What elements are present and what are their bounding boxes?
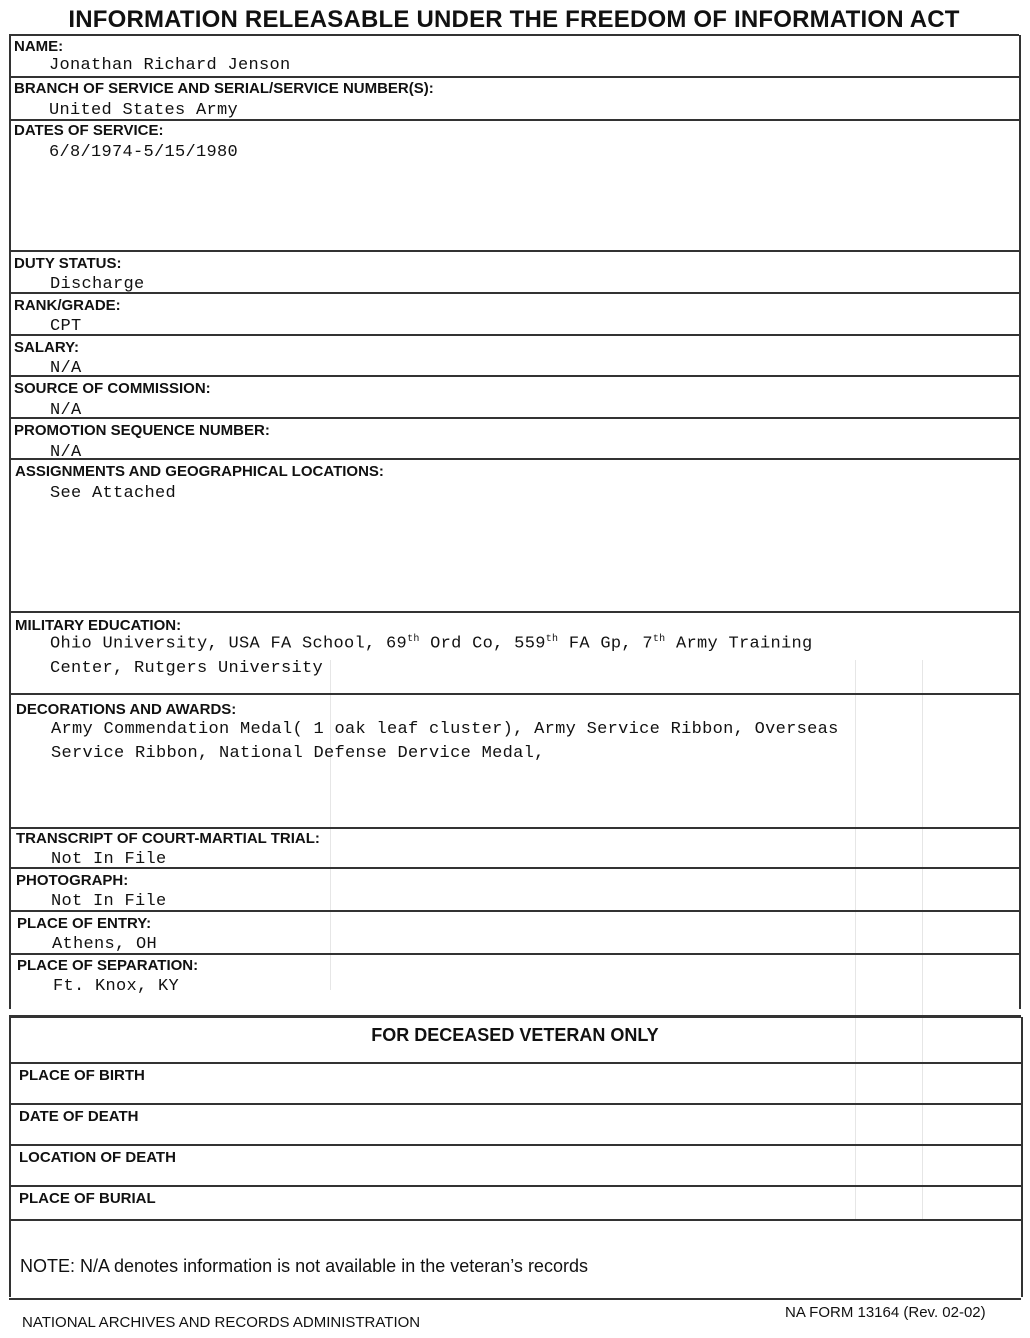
- assignments-label: ASSIGNMENTS AND GEOGRAPHICAL LOCATIONS:: [15, 463, 384, 480]
- divider: [9, 1144, 1021, 1146]
- divider: [9, 910, 1019, 912]
- place-of-entry-label: PLACE OF ENTRY:: [17, 915, 151, 932]
- divider: [9, 458, 1019, 460]
- place-of-birth-label: PLACE OF BIRTH: [19, 1067, 145, 1084]
- divider: [9, 417, 1019, 419]
- promotion-label: PROMOTION SEQUENCE NUMBER:: [14, 422, 270, 439]
- name-value: Jonathan Richard Jenson: [49, 56, 291, 75]
- divider: [9, 119, 1019, 121]
- education-value-line2: Center, Rutgers University: [50, 659, 323, 678]
- rank-label: RANK/GRADE:: [14, 297, 121, 314]
- branch-value: United States Army: [49, 101, 238, 120]
- divider: [9, 1298, 1021, 1300]
- divider: [9, 1185, 1021, 1187]
- divider: [9, 375, 1019, 377]
- assignments-value: See Attached: [50, 484, 176, 503]
- decorations-value-line2: Service Ribbon, National Defense Dervice…: [51, 744, 545, 763]
- na-note: NOTE: N/A denotes information is not ava…: [20, 1256, 588, 1277]
- scan-artifact: [330, 660, 331, 990]
- divider: [9, 1062, 1021, 1064]
- divider: [9, 693, 1019, 695]
- divider: [9, 867, 1019, 869]
- foia-release-form: INFORMATION RELEASABLE UNDER THE FREEDOM…: [0, 0, 1030, 1338]
- salary-label: SALARY:: [14, 339, 79, 356]
- name-label: NAME:: [14, 38, 63, 55]
- duty-status-label: DUTY STATUS:: [14, 255, 122, 272]
- court-martial-label: TRANSCRIPT OF COURT-MARTIAL TRIAL:: [16, 830, 320, 847]
- decorations-label: DECORATIONS AND AWARDS:: [16, 701, 236, 718]
- divider: [9, 250, 1019, 252]
- branch-label: BRANCH OF SERVICE AND SERIAL/SERVICE NUM…: [14, 80, 434, 97]
- place-of-separation-value: Ft. Knox, KY: [53, 977, 179, 996]
- deceased-section-heading: FOR DECEASED VETERAN ONLY: [10, 1025, 1020, 1046]
- decorations-value: Army Commendation Medal( 1 oak leaf clus…: [51, 720, 839, 739]
- place-of-burial-label: PLACE OF BURIAL: [19, 1190, 156, 1207]
- agency-name: NATIONAL ARCHIVES AND RECORDS ADMINISTRA…: [22, 1314, 420, 1331]
- education-label: MILITARY EDUCATION:: [15, 617, 181, 634]
- education-value: Ohio University, USA FA School, 69th Ord…: [50, 634, 812, 654]
- place-of-separation-label: PLACE OF SEPARATION:: [17, 957, 198, 974]
- divider: [9, 1219, 1021, 1221]
- photograph-label: PHOTOGRAPH:: [16, 872, 128, 889]
- dates-value: 6/8/1974-5/15/1980: [49, 143, 238, 162]
- date-of-death-label: DATE OF DEATH: [19, 1108, 138, 1125]
- divider: [9, 292, 1019, 294]
- form-number: NA FORM 13164 (Rev. 02-02): [785, 1304, 986, 1321]
- form-title: INFORMATION RELEASABLE UNDER THE FREEDOM…: [10, 6, 1018, 34]
- photograph-value: Not In File: [51, 892, 167, 911]
- place-of-entry-value: Athens, OH: [52, 935, 157, 954]
- location-of-death-label: LOCATION OF DEATH: [19, 1149, 176, 1166]
- divider: [9, 334, 1019, 336]
- commission-label: SOURCE OF COMMISSION:: [14, 380, 211, 397]
- divider: [9, 34, 1019, 36]
- divider: [9, 827, 1019, 829]
- divider: [9, 1015, 1021, 1018]
- divider: [9, 953, 1019, 955]
- divider: [9, 76, 1019, 78]
- divider: [9, 611, 1019, 613]
- divider: [9, 1103, 1021, 1105]
- dates-label: DATES OF SERVICE:: [14, 122, 163, 139]
